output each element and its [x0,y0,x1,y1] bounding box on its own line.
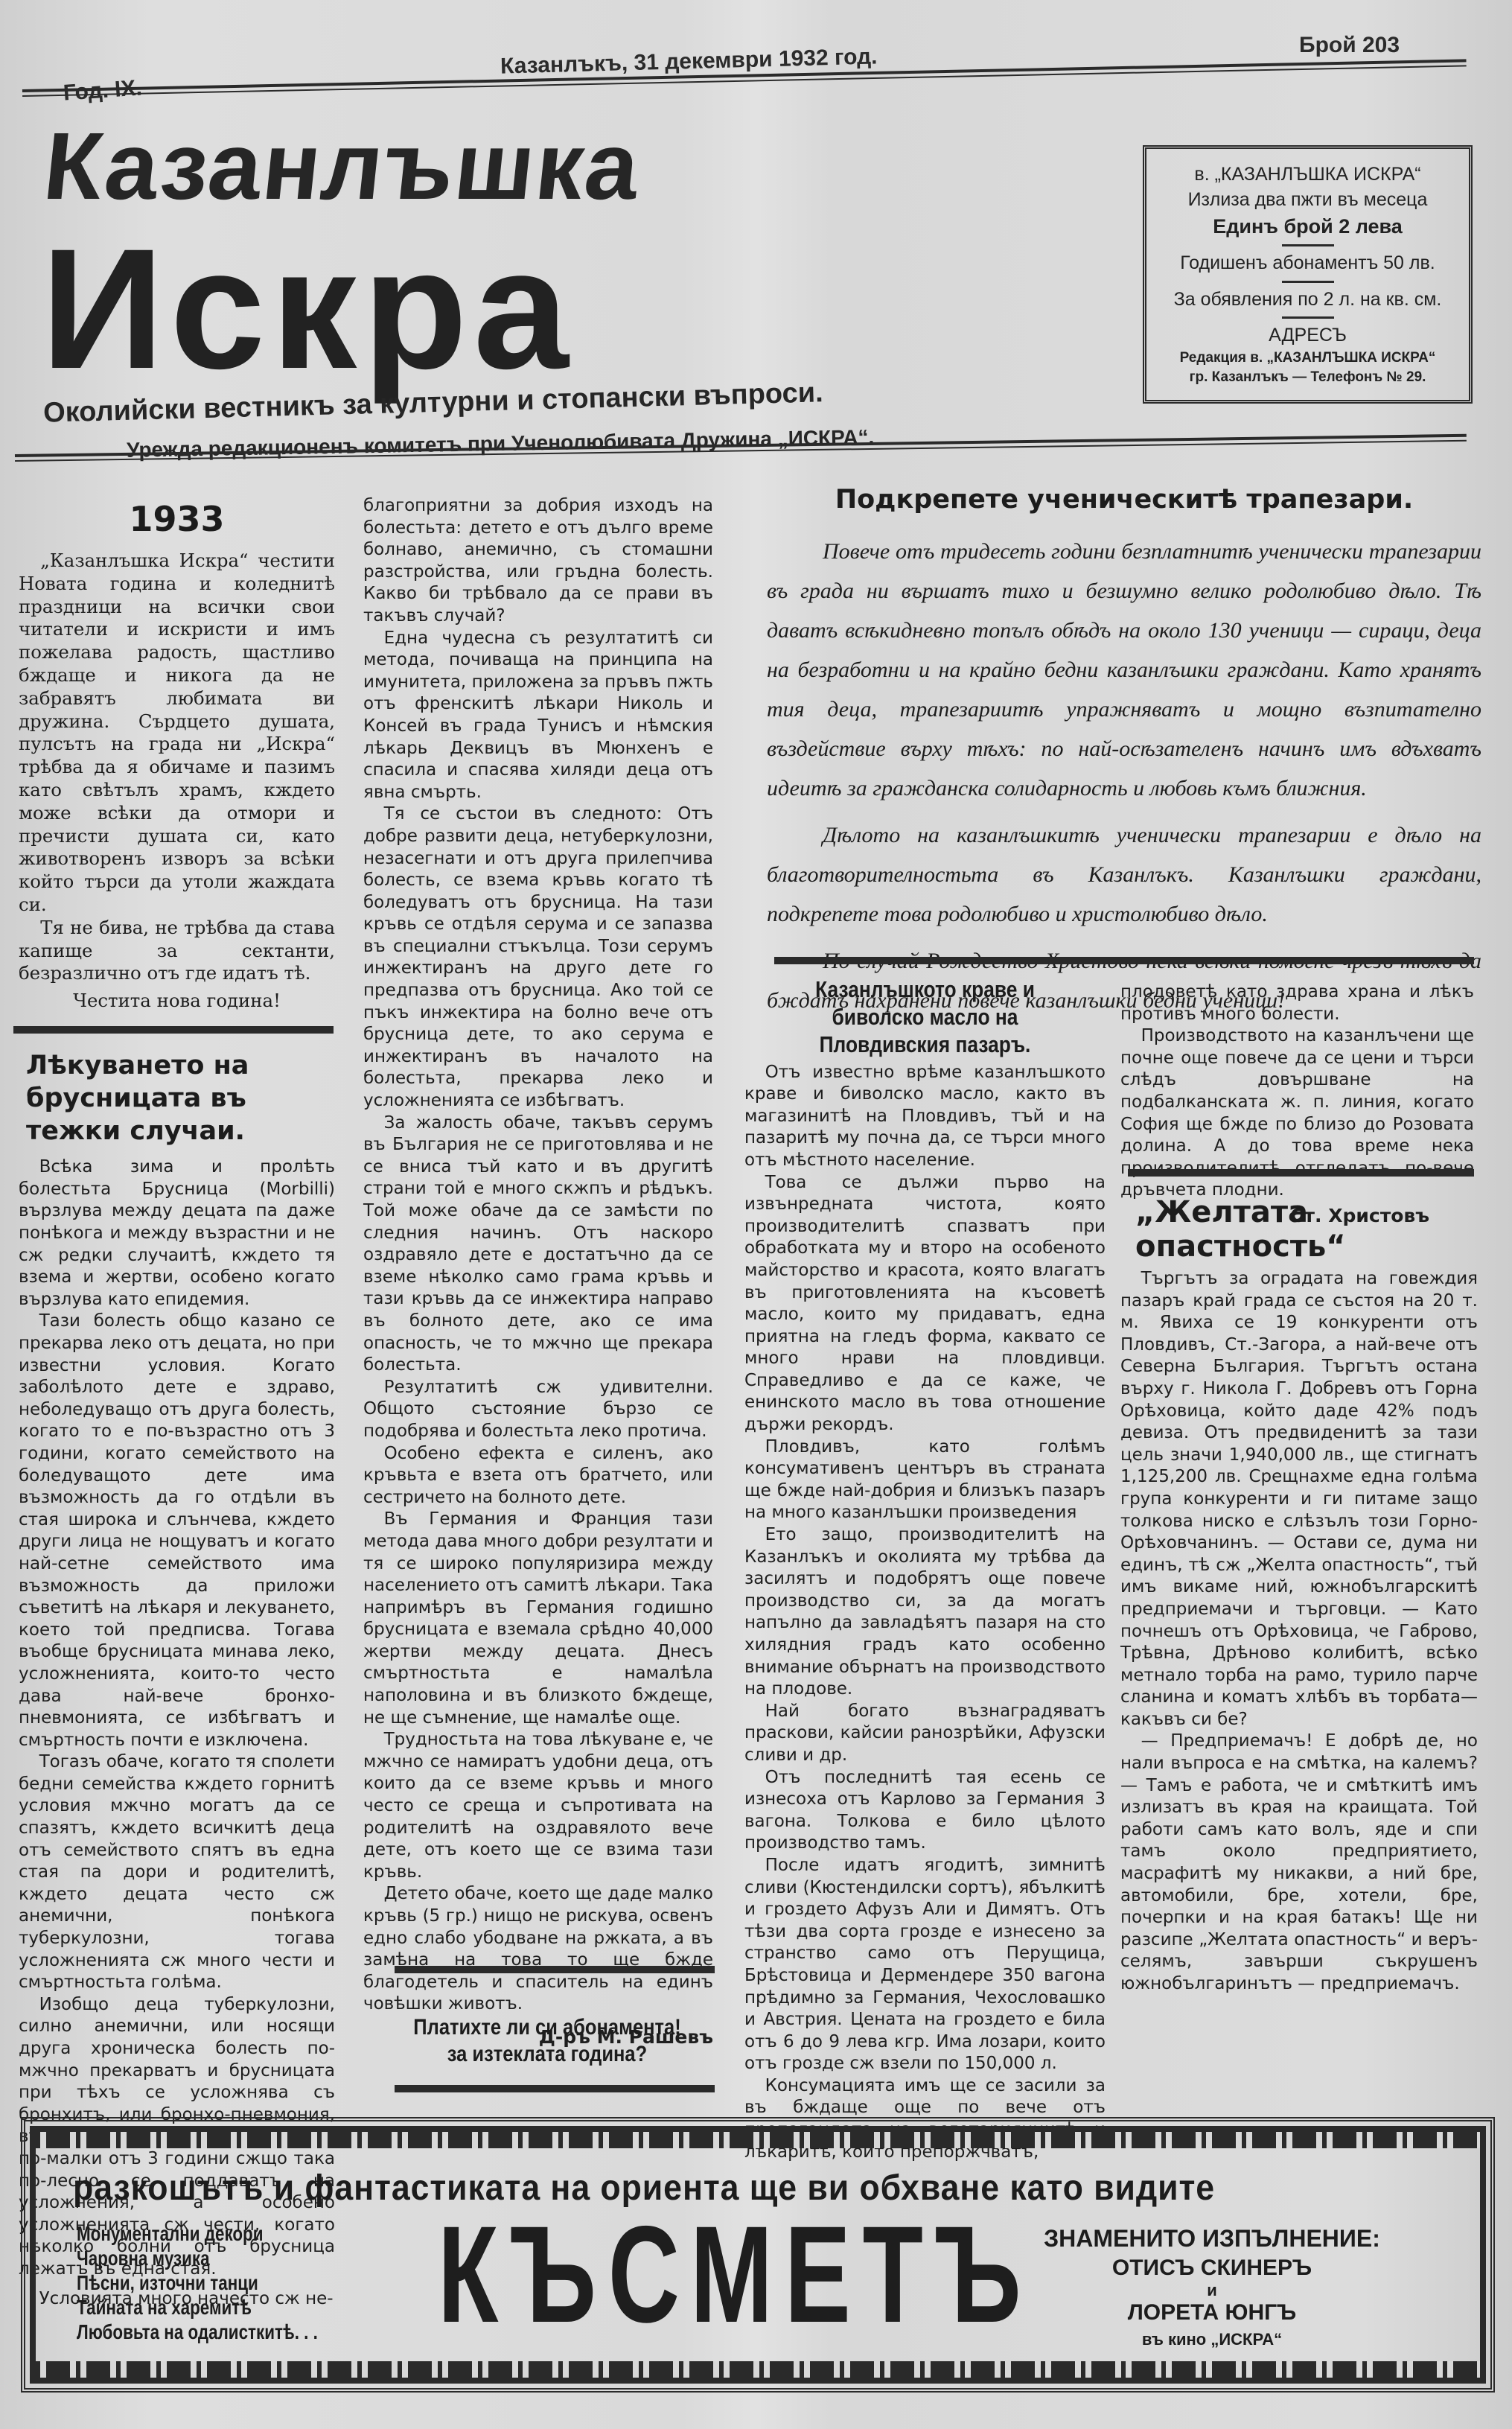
info-price: Единъ брой 2 лева [1157,213,1458,240]
paragraph: Особено ефекта е силенъ, ако кръвьта е в… [363,1443,713,1509]
feature-item: Любовьта на одалисткитѣ. . . [77,2320,318,2344]
info-address-label: АДРЕСЪ [1157,323,1458,348]
info-phone: гр. Казанлъкъ — Телефонъ № 29. [1157,368,1458,387]
article-heading: Лѣкуването на брусницата въ тежки случаи… [19,1050,335,1147]
article-measles-continued: благоприятни за добрия изходъ на болесть… [363,495,713,2048]
paragraph: — Предприемачъ! Е добрѣ де, но нали въпр… [1120,1731,1478,1995]
divider [1282,244,1334,246]
article-1933: 1933 „Казанлъшка Искра“ честити Новата г… [19,499,335,1013]
divider [1282,281,1334,283]
paragraph: Всѣка зима и пролѣть болестьта Брусница … [19,1156,335,1311]
paragraph: Тя се състои въ следното: Отъ добре разв… [363,803,713,1112]
actor-name: ЛОРЕТА ЮНГЪ [1026,2300,1398,2325]
title-line-1: Казанлъшка [39,112,645,221]
article-heading: „Желтата опастность“ [1120,1195,1478,1264]
divider [1282,316,1334,319]
section-rule [1128,1169,1474,1177]
article-heading: 1933 [19,499,335,539]
paragraph: Най богато възнаградяватъ праскови, кайс… [744,1701,1106,1767]
actor-name: ОТИСЪ СКИНЕРЪ [1026,2255,1398,2281]
paragraph: благоприятни за добрия изходъ на болесть… [363,495,713,628]
closing-line: Честита нова година! [19,990,335,1013]
feature-item: Тайната на харемитѣ [77,2295,318,2320]
info-address: Редакция в. „КАЗАНЛЪШКА ИСКРА“ [1157,348,1458,368]
venue: въ кино „ИСКРА“ [1026,2330,1398,2349]
paragraph: Тя не бива, не трѣбва да става капище за… [19,917,335,985]
article-canteens: Подкрепете ученическитѣ трапезари. Повеч… [767,484,1481,1028]
title-line-2: Искра [41,223,575,395]
article-heading: Казанлъшкото краве и биволско масло на П… [771,975,1078,1059]
paragraph: Въ Германия и Франция тази метода дава м… [363,1509,713,1729]
article-measles: Лѣкуването на брусницата въ тежки случаи… [19,1050,335,2310]
paragraph: Отъ последнитѣ тая есень се изнесоха отъ… [744,1767,1106,1855]
article-yellow-danger: „Желтата опастность“ Търгътъ за оградата… [1120,1195,1478,1996]
cast-conjunction: и [1026,2281,1398,2300]
paragraph: Пловдивъ, като голѣмъ консумативенъ цент… [744,1436,1106,1524]
paragraph: Отъ известно врѣме казанлъшкото краве и … [744,1062,1106,1172]
decorative-border-bottom [36,2361,1480,2378]
info-paper-name: в. „КАЗАНЛЪШКА ИСКРА“ [1157,162,1458,188]
paragraph: Това се дължи първо на извънредната чист… [744,1172,1106,1436]
issue-number: Брой 203 [1299,33,1400,58]
article-butter-continued: плодоветѣ като здрава храна и лѣкъ проти… [1120,981,1474,1227]
section-rule [395,1966,715,1973]
cinema-advertisement: разкошътъ и фантастиката на ориента ще в… [30,2126,1486,2384]
feature-item: Чаровна музика [77,2246,318,2270]
section-rule [395,2085,715,2092]
paragraph: Повече отъ тридесеть години безплатнитѣ … [767,532,1481,808]
paragraph: Детето обаче, което ще даде малко кръвь … [363,1883,713,2016]
paragraph: Трудностьта на това лѣкуване е, че мжчно… [363,1729,713,1883]
reminder-line-1: Платихте ли си абонамента! [398,2014,696,2041]
subscription-reminder: Платихте ли си абонамента! за изтеклата … [398,2014,696,2068]
paragraph: Ето защо, производителитѣ на Казанлъкъ и… [744,1524,1106,1701]
article-butter: Казанлъшкото краве и биволско масло на П… [744,975,1106,2163]
paragraph: Тази болесть общо казано се прекарва лек… [19,1311,335,1751]
paragraph: „Казанлъшка Искра“ честити Новата година… [19,550,335,917]
film-title: КЪСМЕТЪ [438,2206,1033,2344]
paragraph: Една чудесна съ резултатитѣ си метода, п… [363,628,713,804]
paragraph: Дѣлото на казанлъшкитѣ ученически трапез… [767,815,1481,934]
paragraph: Резултатитѣ сж удивителни. Общото състоя… [363,1377,713,1443]
ad-cast: ЗНАМЕНИТО ИЗПЪЛНЕНИЕ: ОТИСЪ СКИНЕРЪ и ЛО… [1026,2225,1398,2349]
cast-label: ЗНАМЕНИТО ИЗПЪЛНЕНИЕ: [1026,2225,1398,2253]
feature-item: Пѣсни, източни танци [77,2270,318,2295]
feature-item: Монументални декори [77,2221,318,2246]
section-rule [774,957,1474,964]
article-heading: Подкрепете ученическитѣ трапезари. [767,484,1481,517]
paragraph: За жалость обаче, такъвъ серумъ въ Бълга… [363,1112,713,1377]
ad-feature-list: Монументални декори Чаровна музика Пѣсни… [77,2221,318,2344]
subscription-info-box: в. „КАЗАНЛЪШКА ИСКРА“ Излиза два пжти въ… [1143,145,1473,404]
paragraph: После идатъ ягодитѣ, зимнитѣ сливи (Кюст… [744,1855,1106,2075]
section-rule [13,1026,334,1034]
paragraph: плодоветѣ като здрава храна и лѣкъ проти… [1120,981,1474,1025]
info-ads-rate: За обявления по 2 л. на кв. см. [1157,287,1458,313]
info-frequency: Излиза два пжти въ месеца [1157,188,1458,213]
reminder-line-2: за изтеклата година? [398,2041,696,2068]
paragraph: Тогазъ обаче, когато тя сполети бедни се… [19,1751,335,1994]
info-subscription: Годишенъ абонаментъ 50 лв. [1157,251,1458,276]
newspaper-page: Год. IX. Казанлъкъ, 31 декември 1932 год… [0,0,1512,2429]
paragraph: Търгътъ за оградата на говеждия пазаръ к… [1120,1268,1478,1731]
decorative-border-top [36,2132,1480,2148]
